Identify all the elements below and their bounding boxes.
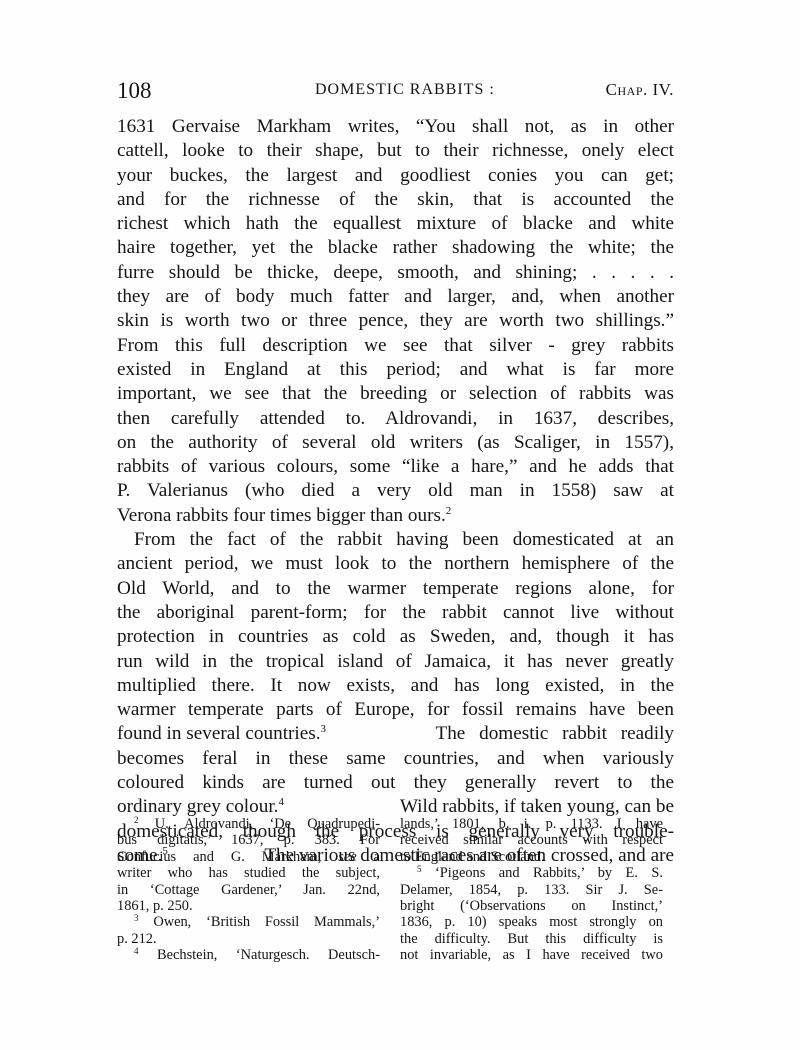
- text-line: then carefully attended to. Aldrovandi, …: [117, 407, 674, 431]
- footnote-line: not invariable, as I have received two: [400, 947, 663, 963]
- text-line: found in several countries.3The domestic…: [117, 722, 674, 746]
- text-line: Verona rabbits four times bigger than ou…: [117, 504, 674, 528]
- text-line: they are of body much fatter and larger,…: [117, 285, 674, 309]
- text-line: cattell, looke to their shape, but to th…: [117, 139, 674, 163]
- footnotes-right-column: lands,’ 1801, b. i. p. 1133. I have rece…: [400, 816, 663, 964]
- text-line: richest which hath the equallest mixture…: [117, 212, 674, 236]
- footnote-line: received similar accounts with respect: [400, 832, 663, 848]
- text-line: 1631 Gervaise Markham writes, “You shall…: [117, 115, 674, 139]
- footnote-marker: 2: [134, 815, 139, 825]
- footnote-3: 3 Owen, ‘British Fossil Mammals,’: [117, 914, 380, 930]
- text-line: From this full description we see that s…: [117, 334, 674, 358]
- footnote-line: Confucius and G. Markham, see a: [117, 849, 380, 865]
- chapter-label: Chap. IV.: [606, 80, 674, 100]
- text-line: multiplied there. It now exists, and has…: [117, 674, 674, 698]
- footnote-2: 2 U. Aldrovandi, ‘De Quadrupedi-: [117, 816, 380, 832]
- text-segment: The domestic rabbit readily: [435, 722, 674, 746]
- footnote-line: bright (‘Observations on Instinct,’: [400, 898, 663, 914]
- footnote-line: Delamer, 1854, p. 133. Sir J. Se-: [400, 882, 663, 898]
- footnote-ref-4[interactable]: 4: [278, 796, 284, 808]
- text-line: rabbits of various colours, some “like a…: [117, 455, 674, 479]
- footnote-line: 1836, p. 10) speaks most strongly on: [400, 914, 663, 930]
- text-segment: Confucius and G. Markham,: [117, 849, 321, 865]
- text-line: and for the richnesse of the skin, that …: [117, 188, 674, 212]
- page-number: 108: [117, 78, 152, 104]
- text-line: ancient period, we must look to the nort…: [117, 552, 674, 576]
- text-line: warmer temperate parts of Europe, for fo…: [117, 698, 674, 722]
- text-line: becomes feral in these same countries, a…: [117, 747, 674, 771]
- text-line: furre should be thicke, deepe, smooth, a…: [117, 261, 674, 285]
- footnote-line: bus digitatis,’ 1637, p. 383. For: [117, 832, 380, 848]
- text-line: existed in England at this period; and w…: [117, 358, 674, 382]
- footnote-line: 1861, p. 250.: [117, 898, 380, 914]
- text-segment: found in several countries.3: [117, 722, 326, 746]
- text-segment: Verona rabbits four times bigger than ou…: [117, 505, 446, 526]
- running-title: DOMESTIC RABBITS :: [315, 81, 495, 99]
- text-segment: U. Aldrovandi, ‘De Quadrupedi-: [155, 816, 380, 832]
- text-line: coloured kinds are turned out they gener…: [117, 771, 674, 795]
- text-line: your buckes, the largest and goodliest c…: [117, 164, 674, 188]
- footnote-line: writer who has studied the subject,: [117, 865, 380, 881]
- footnotes-left-column: 2 U. Aldrovandi, ‘De Quadrupedi- bus dig…: [117, 816, 380, 964]
- footnote-line: to England and Scotland.: [400, 849, 663, 865]
- text-line: Old World, and to the warmer temperate r…: [117, 577, 674, 601]
- text-line: From the fact of the rabbit having been …: [117, 528, 674, 552]
- text-line: skin is worth two or three pence, they a…: [117, 309, 674, 333]
- text-segment: Owen, ‘British Fossil Mammals,’: [153, 914, 380, 930]
- footnote-line: p. 212.: [117, 931, 380, 947]
- see-italic: see: [338, 849, 356, 865]
- text-segment: a: [374, 849, 380, 865]
- text-line: important, we see that the breeding or s…: [117, 382, 674, 406]
- text-line: run wild in the tropical island of Jamai…: [117, 650, 674, 674]
- footnote-marker: 4: [134, 946, 139, 956]
- footnote-line: lands,’ 1801, b. i. p. 1133. I have: [400, 816, 663, 832]
- text-segment: ‘Pigeons and Rabbits,’ by E. S.: [435, 865, 663, 881]
- text-line: haire together, yet the blacke rather sh…: [117, 236, 674, 260]
- footnote-line: in ‘Cottage Gardener,’ Jan. 22nd,: [117, 882, 380, 898]
- body-text: 1631 Gervaise Markham writes, “You shall…: [117, 115, 674, 868]
- text-segment: ordinary grey colour.: [117, 796, 278, 817]
- book-page: 108 DOMESTIC RABBITS : Chap. IV. 1631 Ge…: [0, 0, 800, 1050]
- text-line: the aboriginal parent-form; for the rabb…: [117, 601, 674, 625]
- text-line: on the authority of several old writers …: [117, 431, 674, 455]
- footnote-marker: 5: [417, 864, 422, 874]
- text-segment: Bechstein, ‘Naturgesch. Deutsch-: [157, 947, 380, 963]
- text-segment: found in several countries.: [117, 723, 321, 744]
- page-header: 108 DOMESTIC RABBITS : Chap. IV.: [117, 78, 674, 106]
- footnote-line: the difficulty. But this difficulty is: [400, 931, 663, 947]
- text-line: protection in countries as cold as Swede…: [117, 625, 674, 649]
- footnote-4: 4 Bechstein, ‘Naturgesch. Deutsch-: [117, 947, 380, 963]
- footnote-ref-3[interactable]: 3: [321, 723, 327, 735]
- text-line: P. Valerianus (who died a very old man i…: [117, 479, 674, 503]
- footnote-5: 5 ‘Pigeons and Rabbits,’ by E. S.: [400, 865, 663, 881]
- footnote-marker: 3: [134, 913, 139, 923]
- footnote-ref-2[interactable]: 2: [446, 505, 452, 517]
